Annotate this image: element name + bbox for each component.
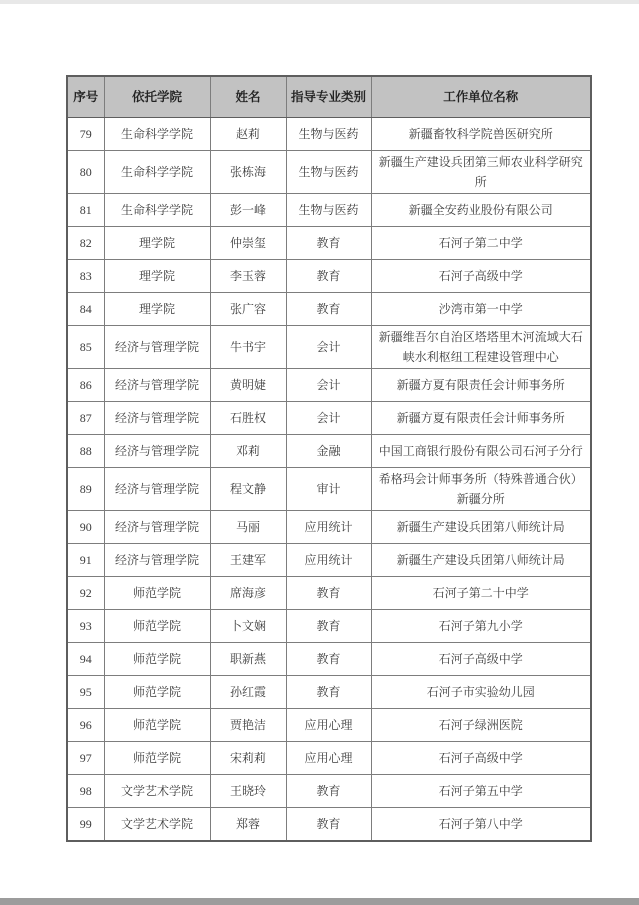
cell-name: 张广容 [210, 293, 286, 326]
column-header-category: 指导专业类别 [286, 76, 371, 118]
cell-college: 生命科学学院 [104, 118, 210, 151]
cell-name: 贾艳洁 [210, 709, 286, 742]
cell-college: 理学院 [104, 260, 210, 293]
cell-workunit: 新疆生产建设兵团第三师农业科学研究所 [371, 151, 591, 194]
cell-index: 99 [67, 808, 104, 842]
cell-category: 应用心理 [286, 709, 371, 742]
cell-name: 程文静 [210, 468, 286, 511]
cell-category: 生物与医药 [286, 118, 371, 151]
bottom-edge-strip [0, 898, 639, 905]
cell-name: 石胜权 [210, 402, 286, 435]
cell-workunit: 希格玛会计师事务所（特殊普通合伙）新疆分所 [371, 468, 591, 511]
cell-workunit: 石河子高级中学 [371, 643, 591, 676]
cell-workunit: 石河子高级中学 [371, 260, 591, 293]
cell-workunit: 石河子第八中学 [371, 808, 591, 842]
cell-name: 孙红霞 [210, 676, 286, 709]
cell-index: 84 [67, 293, 104, 326]
cell-workunit: 石河子第五中学 [371, 775, 591, 808]
cell-name: 仲崇玺 [210, 227, 286, 260]
cell-index: 90 [67, 511, 104, 544]
cell-college: 文学艺术学院 [104, 808, 210, 842]
cell-college: 经济与管理学院 [104, 369, 210, 402]
column-header-index: 序号 [67, 76, 104, 118]
cell-index: 93 [67, 610, 104, 643]
cell-workunit: 新疆生产建设兵团第八师统计局 [371, 544, 591, 577]
cell-category: 会计 [286, 326, 371, 369]
cell-college: 师范学院 [104, 643, 210, 676]
cell-category: 审计 [286, 468, 371, 511]
cell-category: 教育 [286, 577, 371, 610]
cell-category: 应用统计 [286, 511, 371, 544]
table-row: 81 生命科学学院 彭一峰 生物与医药 新疆全安药业股份有限公司 [67, 194, 591, 227]
cell-college: 经济与管理学院 [104, 511, 210, 544]
cell-workunit: 新疆维吾尔自治区塔塔里木河流域大石峡水利枢纽工程建设管理中心 [371, 326, 591, 369]
cell-index: 85 [67, 326, 104, 369]
cell-category: 教育 [286, 293, 371, 326]
cell-index: 97 [67, 742, 104, 775]
cell-name: 卜文娴 [210, 610, 286, 643]
column-header-college: 依托学院 [104, 76, 210, 118]
cell-name: 李玉蓉 [210, 260, 286, 293]
cell-category: 生物与医药 [286, 151, 371, 194]
table-row: 93 师范学院 卜文娴 教育 石河子第九小学 [67, 610, 591, 643]
cell-college: 经济与管理学院 [104, 402, 210, 435]
cell-index: 87 [67, 402, 104, 435]
cell-index: 86 [67, 369, 104, 402]
cell-workunit: 新疆方夏有限责任会计师事务所 [371, 369, 591, 402]
cell-college: 生命科学学院 [104, 151, 210, 194]
cell-category: 教育 [286, 643, 371, 676]
cell-workunit: 沙湾市第一中学 [371, 293, 591, 326]
cell-college: 经济与管理学院 [104, 544, 210, 577]
table-row: 83 理学院 李玉蓉 教育 石河子高级中学 [67, 260, 591, 293]
cell-workunit: 中国工商银行股份有限公司石河子分行 [371, 435, 591, 468]
cell-college: 生命科学学院 [104, 194, 210, 227]
table-row: 88 经济与管理学院 邓莉 金融 中国工商银行股份有限公司石河子分行 [67, 435, 591, 468]
cell-index: 81 [67, 194, 104, 227]
cell-workunit: 新疆全安药业股份有限公司 [371, 194, 591, 227]
cell-name: 职新燕 [210, 643, 286, 676]
cell-category: 金融 [286, 435, 371, 468]
table-row: 90 经济与管理学院 马丽 应用统计 新疆生产建设兵团第八师统计局 [67, 511, 591, 544]
table-row: 98 文学艺术学院 王晓玲 教育 石河子第五中学 [67, 775, 591, 808]
cell-college: 经济与管理学院 [104, 326, 210, 369]
cell-workunit: 石河子市实验幼儿园 [371, 676, 591, 709]
top-edge-strip [0, 0, 639, 4]
cell-name: 邓莉 [210, 435, 286, 468]
cell-index: 80 [67, 151, 104, 194]
cell-index: 94 [67, 643, 104, 676]
cell-workunit: 石河子绿洲医院 [371, 709, 591, 742]
table-row: 97 师范学院 宋莉莉 应用心理 石河子高级中学 [67, 742, 591, 775]
cell-category: 会计 [286, 369, 371, 402]
cell-name: 牛书宇 [210, 326, 286, 369]
cell-category: 教育 [286, 260, 371, 293]
cell-index: 92 [67, 577, 104, 610]
cell-workunit: 新疆方夏有限责任会计师事务所 [371, 402, 591, 435]
cell-workunit: 石河子第九小学 [371, 610, 591, 643]
cell-workunit: 新疆畜牧科学院兽医研究所 [371, 118, 591, 151]
cell-name: 黄明婕 [210, 369, 286, 402]
cell-name: 张栋海 [210, 151, 286, 194]
cell-category: 教育 [286, 775, 371, 808]
cell-name: 赵莉 [210, 118, 286, 151]
table-row: 99 文学艺术学院 郑蓉 教育 石河子第八中学 [67, 808, 591, 842]
cell-name: 郑蓉 [210, 808, 286, 842]
cell-category: 会计 [286, 402, 371, 435]
cell-college: 师范学院 [104, 610, 210, 643]
cell-category: 教育 [286, 808, 371, 842]
cell-name: 彭一峰 [210, 194, 286, 227]
cell-name: 宋莉莉 [210, 742, 286, 775]
cell-category: 教育 [286, 227, 371, 260]
table-row: 92 师范学院 席海彦 教育 石河子第二十中学 [67, 577, 591, 610]
cell-workunit: 石河子高级中学 [371, 742, 591, 775]
cell-college: 师范学院 [104, 577, 210, 610]
table-row: 89 经济与管理学院 程文静 审计 希格玛会计师事务所（特殊普通合伙）新疆分所 [67, 468, 591, 511]
cell-name: 王晓玲 [210, 775, 286, 808]
cell-index: 83 [67, 260, 104, 293]
column-header-workunit: 工作单位名称 [371, 76, 591, 118]
cell-index: 89 [67, 468, 104, 511]
table-row: 96 师范学院 贾艳洁 应用心理 石河子绿洲医院 [67, 709, 591, 742]
column-header-name: 姓名 [210, 76, 286, 118]
cell-college: 师范学院 [104, 676, 210, 709]
cell-college: 理学院 [104, 227, 210, 260]
cell-index: 82 [67, 227, 104, 260]
table-header-row: 序号 依托学院 姓名 指导专业类别 工作单位名称 [67, 76, 591, 118]
cell-category: 应用统计 [286, 544, 371, 577]
table-row: 82 理学院 仲崇玺 教育 石河子第二中学 [67, 227, 591, 260]
cell-category: 教育 [286, 610, 371, 643]
cell-category: 应用心理 [286, 742, 371, 775]
cell-workunit: 新疆生产建设兵团第八师统计局 [371, 511, 591, 544]
cell-workunit: 石河子第二中学 [371, 227, 591, 260]
table-row: 84 理学院 张广容 教育 沙湾市第一中学 [67, 293, 591, 326]
cell-college: 师范学院 [104, 742, 210, 775]
table-row: 85 经济与管理学院 牛书宇 会计 新疆维吾尔自治区塔塔里木河流域大石峡水利枢纽… [67, 326, 591, 369]
cell-name: 王建军 [210, 544, 286, 577]
cell-college: 经济与管理学院 [104, 468, 210, 511]
table-row: 95 师范学院 孙红霞 教育 石河子市实验幼儿园 [67, 676, 591, 709]
cell-index: 79 [67, 118, 104, 151]
cell-index: 91 [67, 544, 104, 577]
cell-college: 文学艺术学院 [104, 775, 210, 808]
table-row: 94 师范学院 职新燕 教育 石河子高级中学 [67, 643, 591, 676]
faculty-assignment-table: 序号 依托学院 姓名 指导专业类别 工作单位名称 79 生命科学学院 赵莉 生物… [66, 75, 592, 842]
table-row: 86 经济与管理学院 黄明婕 会计 新疆方夏有限责任会计师事务所 [67, 369, 591, 402]
cell-index: 88 [67, 435, 104, 468]
table-row: 79 生命科学学院 赵莉 生物与医药 新疆畜牧科学院兽医研究所 [67, 118, 591, 151]
table-row: 87 经济与管理学院 石胜权 会计 新疆方夏有限责任会计师事务所 [67, 402, 591, 435]
cell-index: 95 [67, 676, 104, 709]
cell-workunit: 石河子第二十中学 [371, 577, 591, 610]
cell-name: 马丽 [210, 511, 286, 544]
cell-name: 席海彦 [210, 577, 286, 610]
table-row: 91 经济与管理学院 王建军 应用统计 新疆生产建设兵团第八师统计局 [67, 544, 591, 577]
cell-college: 理学院 [104, 293, 210, 326]
cell-index: 98 [67, 775, 104, 808]
cell-category: 生物与医药 [286, 194, 371, 227]
cell-index: 96 [67, 709, 104, 742]
cell-college: 经济与管理学院 [104, 435, 210, 468]
table-row: 80 生命科学学院 张栋海 生物与医药 新疆生产建设兵团第三师农业科学研究所 [67, 151, 591, 194]
cell-college: 师范学院 [104, 709, 210, 742]
cell-category: 教育 [286, 676, 371, 709]
